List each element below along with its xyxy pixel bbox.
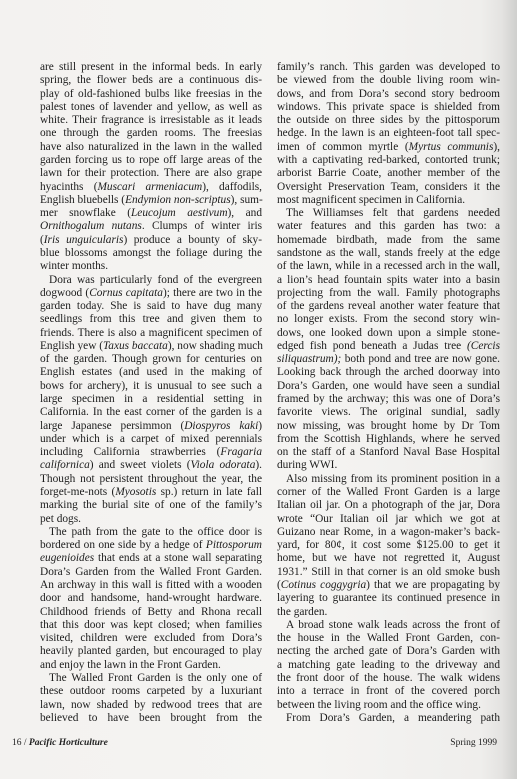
text-line: between the living room and the office w…: [277, 699, 500, 712]
text-line: Childhood friends of Betty and Rhona rec…: [40, 606, 262, 619]
text-line: winter months.: [40, 260, 262, 273]
text-line: mer snowflake (Leucojum aestivum), and: [40, 207, 262, 220]
text-line: bows for archery), it is unusual to see …: [40, 380, 262, 393]
text-line: under which is a carpet of mixed perenni…: [40, 433, 262, 446]
text-line: marking the burial site of one of the fa…: [40, 499, 262, 512]
text-line: the house in the Walled Front Garden, co…: [277, 632, 500, 645]
text-line: Dora’s Garden from the Walled Front Gard…: [40, 566, 262, 579]
text-line: garden today. She is said to have dug ma…: [40, 300, 262, 313]
text-line: spring, the flower beds are a continuous…: [40, 74, 262, 87]
page-number: 16: [12, 738, 22, 748]
text-line: including California strawberries (Fraga…: [40, 446, 262, 459]
text-line: 1931.” Still in that corner is an old sm…: [277, 566, 500, 579]
text-line: Dora’s Garden, one would have seen a sun…: [277, 380, 500, 393]
text-line: dows, and from Dora’s second story bedro…: [277, 88, 500, 101]
text-line: from the Scottish Highlands, where he se…: [277, 433, 500, 446]
text-line: yard, for 80¢, it cost some $125.00 to g…: [277, 539, 500, 552]
magazine-name: Pacific Horticulture: [29, 738, 108, 748]
text-line: palest tones of lavender and yellow, as …: [40, 101, 262, 114]
text-line: and enjoy the lawn in the Front Garden.: [40, 659, 262, 672]
paragraph: The path from the gate to the office doo…: [40, 526, 262, 672]
text-line: a lion’s head fountain spits water into …: [277, 274, 500, 287]
text-line: dows, one looked down upon a simple ston…: [277, 327, 500, 340]
left-column: are still present in the informal beds. …: [40, 61, 262, 725]
text-line: Oversight Preservation Team, considers i…: [277, 181, 500, 194]
text-line: layering to guarantee its continued pres…: [277, 592, 500, 605]
text-line: during WWI.: [277, 459, 500, 472]
text-line: no longer exists. From the second story …: [277, 313, 500, 326]
right-column: family’s ranch. This garden was develope…: [277, 61, 500, 725]
text-line: The Walled Front Garden is the only one …: [40, 672, 262, 685]
text-line: windows. This private space is shielded …: [277, 101, 500, 114]
text-line: a matching gate leading to the driveway …: [277, 659, 500, 672]
text-line: projecting from the wall. Family photogr…: [277, 287, 500, 300]
text-line: believed to have been brought from the: [40, 712, 262, 725]
text-line: of the lawn, while in a recessed arch in…: [277, 260, 500, 273]
text-line: Also missing from its prominent position…: [277, 473, 500, 486]
paragraph: The Williamses felt that gardens neededw…: [277, 207, 500, 473]
text-line: large specimen in a residential setting …: [40, 393, 262, 406]
text-line: hedge. In the lawn is an eighteen-foot t…: [277, 127, 500, 140]
text-line: one through the garden rooms. The freesi…: [40, 127, 262, 140]
text-line: A broad stone walk leads across the fron…: [277, 619, 500, 632]
text-line: Ornithogalum nutans. Clumps of winter ir…: [40, 220, 262, 233]
text-line: the outside on three sides by the pittos…: [277, 114, 500, 127]
text-line: forget-me-nots (Myosotis sp.) return in …: [40, 486, 262, 499]
paragraph: A broad stone walk leads across the fron…: [277, 619, 500, 712]
text-line: imen of common myrtle (Myrtus communis),: [277, 141, 500, 154]
text-line: heavily planted garden, but encouraged t…: [40, 645, 262, 658]
text-line: edged fish pond beneath a Judas tree (Ce…: [277, 340, 500, 353]
paragraph: Also missing from its prominent position…: [277, 473, 500, 619]
paragraph: From Dora’s Garden, a meandering path: [277, 712, 500, 725]
text-line: water features and this garden has two: …: [277, 220, 500, 233]
text-line: home, but we have not regretted it, Augu…: [277, 552, 500, 565]
text-line: Looking back through the arched doorway …: [277, 366, 500, 379]
text-line: From Dora’s Garden, a meandering path: [277, 712, 500, 725]
text-line: have also naturalized in the lawn in the…: [40, 141, 262, 154]
text-line: the front door of the house. The walk wi…: [277, 672, 500, 685]
text-line: into a terrace in front of the covered p…: [277, 685, 500, 698]
text-line: door and handsome, hand-wrought hardware…: [40, 592, 262, 605]
paragraph: The Walled Front Garden is the only one …: [40, 672, 262, 725]
text-line: bordered on one side by a hedge of Pitto…: [40, 539, 262, 552]
text-line: most magnificent specimen in California.: [277, 194, 500, 207]
text-line: (Cotinus coggygria) that we are propagat…: [277, 579, 500, 592]
text-line: (Iris unguicularis) produce a bounty of …: [40, 234, 262, 247]
text-line: English yew (Taxus baccata), now shading…: [40, 340, 262, 353]
paragraph: Dora was particularly fond of the evergr…: [40, 274, 262, 526]
text-line: play of old-fashioned bulbs like freesia…: [40, 88, 262, 101]
text-line: visited, children were excluded from Dor…: [40, 632, 262, 645]
text-line: favorite views. The original sundial, sa…: [277, 406, 500, 419]
text-line: hyacinths (Muscari armeniacum), daffodil…: [40, 181, 262, 194]
text-line: framed by the archway; this was one of D…: [277, 393, 500, 406]
text-line: Though not persistent throughout the yea…: [40, 473, 262, 486]
text-line: white. Their fragrance is irresistable a…: [40, 114, 262, 127]
magazine-page: are still present in the informal beds. …: [0, 0, 517, 779]
text-line: dogwood (Cornus capitata); there are two…: [40, 287, 262, 300]
text-line: the garden.: [277, 606, 500, 619]
paragraph: family’s ranch. This garden was develope…: [277, 61, 500, 207]
text-line: are still present in the informal beds. …: [40, 61, 262, 74]
text-line: sandstone as the wall, stands freely at …: [277, 247, 500, 260]
text-line: blue blossoms amongst the foliage during…: [40, 247, 262, 260]
text-line: wrote “Our Italian oil jar which we got …: [277, 513, 500, 526]
text-line: pet dogs.: [40, 513, 262, 526]
text-line: The Williamses felt that gardens needed: [277, 207, 500, 220]
text-line: that this door was kept closed; when fam…: [40, 619, 262, 632]
text-line: garden forcing us to rope off large area…: [40, 154, 262, 167]
text-line: with a captivating red-barked, contorted…: [277, 154, 500, 167]
text-line: English estates (and used in the making …: [40, 366, 262, 379]
paragraph: are still present in the informal beds. …: [40, 61, 262, 274]
text-line: Guizano near Rome, in a wagon-maker’s ba…: [277, 526, 500, 539]
text-line: on the staff of a Stanford Naval Base Ho…: [277, 446, 500, 459]
text-line: californica) and sweet violets (Viola od…: [40, 459, 262, 472]
text-line: family’s ranch. This garden was develope…: [277, 61, 500, 74]
text-line: necting the arched gate of Dora’s Garden…: [277, 645, 500, 658]
text-line: corner of the Walled Front Garden is a l…: [277, 486, 500, 499]
text-line: English bluebells (Endymion non-scriptus…: [40, 194, 262, 207]
folio: 16 / Pacific Horticulture: [12, 738, 108, 748]
text-line: Italian oil jar. On a photograph of the …: [277, 499, 500, 512]
text-line: of the garden. Though grown for centurie…: [40, 353, 262, 366]
text-line: eugenioides that ends at a stone wall se…: [40, 552, 262, 565]
folio-separator: /: [22, 738, 29, 748]
text-line: lawn, now shaded by redwood trees that a…: [40, 699, 262, 712]
text-line: friends. There is also a magnificent spe…: [40, 327, 262, 340]
text-line: The path from the gate to the office doo…: [40, 526, 262, 539]
text-line: these outdoor rooms carpeted by a luxuri…: [40, 685, 262, 698]
text-line: large Japanese persimmon (Diospyros kaki…: [40, 420, 262, 433]
text-line: siliquastrum); both pond and tree are no…: [277, 353, 500, 366]
text-line: seedlings from this tree and given them …: [40, 313, 262, 326]
text-line: of the gardens reveal another water feat…: [277, 300, 500, 313]
text-line: homemade birdbath, made from the same: [277, 234, 500, 247]
text-line: now missing, was brought home by Dr Tom: [277, 420, 500, 433]
text-line: be viewed from the double living room wi…: [277, 74, 500, 87]
issue-date: Spring 1999: [450, 738, 497, 748]
text-line: Dora was particularly fond of the evergr…: [40, 274, 262, 287]
text-line: lawn for their protection. There are als…: [40, 167, 262, 180]
text-line: An archway in this wall is fitted with a…: [40, 579, 262, 592]
text-line: arborist Barrie Coate, another member of…: [277, 167, 500, 180]
text-line: California. In the east corner of the ga…: [40, 406, 262, 419]
